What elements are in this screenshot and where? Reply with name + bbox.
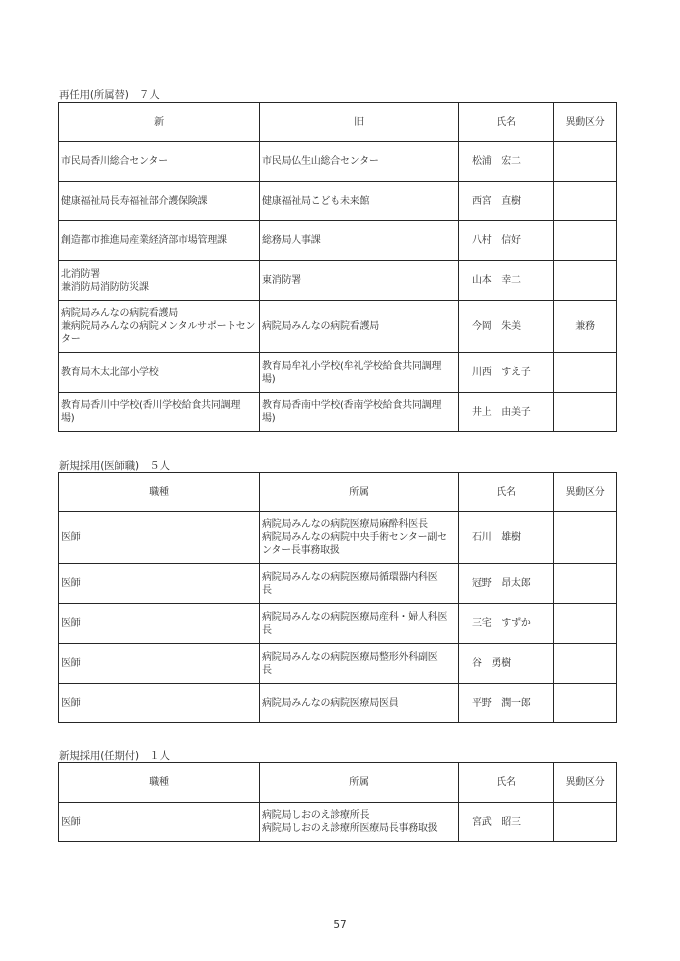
cell-transfer-type — [554, 564, 617, 604]
cell-transfer-type — [554, 644, 617, 684]
cell-job-type: 医師 — [59, 644, 260, 684]
table-row: 医師 病院局みんなの病院医療局産科・婦人科医 長 三宅 すずか — [59, 604, 617, 644]
cell-new: 教育局香川中学校(香川学校給食共同調理 場) — [59, 393, 260, 432]
table-row: 健康福祉局長寿福祉部介護保険課 健康福祉局こども未来館 西宮 直樹 — [59, 182, 617, 221]
cell-name: 宮武 昭三 — [459, 803, 554, 842]
table-row: 創造都市推進局産業経済部市場管理課 総務局人事課 八村 信好 — [59, 221, 617, 261]
table-row: 教育局香川中学校(香川学校給食共同調理 場) 教育局香南中学校(香南学校給食共同… — [59, 393, 617, 432]
table-header-row: 新 旧 氏名 異動区分 — [59, 103, 617, 142]
header-affiliation: 所属 — [260, 763, 459, 803]
new-hire-doctors-table: 職種 所属 氏名 異動区分 医師 病院局みんなの病院医療局麻酔科医長 病院局みん… — [58, 472, 617, 723]
header-affiliation: 所属 — [260, 473, 459, 512]
cell-job-type: 医師 — [59, 803, 260, 842]
cell-transfer-type: 兼務 — [554, 301, 617, 353]
cell-job-type: 医師 — [59, 564, 260, 604]
cell-affiliation: 病院局みんなの病院医療局循環器内科医 長 — [260, 564, 459, 604]
cell-affiliation: 病院局しおのえ診療所長 病院局しおのえ診療所医療局長事務取扱 — [260, 803, 459, 842]
cell-job-type: 医師 — [59, 684, 260, 723]
cell-transfer-type — [554, 803, 617, 842]
table-row: 病院局みんなの病院看護局 兼病院局みんなの病院メンタルサポートセン ター 病院局… — [59, 301, 617, 353]
table-row: 北消防署 兼消防局消防防災課 東消防署 山本 幸二 — [59, 261, 617, 301]
cell-name: 川西 すえ子 — [459, 353, 554, 393]
cell-old: 教育局牟礼小学校(牟礼学校給食共同調理 場) — [260, 353, 459, 393]
cell-name: 松浦 宏二 — [459, 142, 554, 182]
header-name: 氏名 — [459, 763, 554, 803]
cell-name: 西宮 直樹 — [459, 182, 554, 221]
table-row: 医師 病院局しおのえ診療所長 病院局しおのえ診療所医療局長事務取扱 宮武 昭三 — [59, 803, 617, 842]
cell-old: 総務局人事課 — [260, 221, 459, 261]
table-row: 医師 病院局みんなの病院医療局整形外科副医 長 谷 勇樹 — [59, 644, 617, 684]
header-job-type: 職種 — [59, 763, 260, 803]
cell-name: 八村 信好 — [459, 221, 554, 261]
cell-name: 石川 雄樹 — [459, 512, 554, 564]
table-row: 教育局木太北部小学校 教育局牟礼小学校(牟礼学校給食共同調理 場) 川西 すえ子 — [59, 353, 617, 393]
section-title-reappointment: 再任用(所属替) ７人 — [59, 89, 160, 102]
cell-affiliation: 病院局みんなの病院医療局麻酔科医長 病院局みんなの病院中央手術センター副セ ンタ… — [260, 512, 459, 564]
table-row: 医師 病院局みんなの病院医療局医員 平野 潤一郎 — [59, 684, 617, 723]
table-header-row: 職種 所属 氏名 異動区分 — [59, 473, 617, 512]
cell-name: 冠野 昂太郎 — [459, 564, 554, 604]
header-old: 旧 — [260, 103, 459, 142]
cell-transfer-type — [554, 604, 617, 644]
reappointment-table: 新 旧 氏名 異動区分 市民局香川総合センター 市民局仏生山総合センター 松浦 … — [58, 102, 617, 432]
cell-transfer-type — [554, 261, 617, 301]
cell-transfer-type — [554, 512, 617, 564]
cell-old: 教育局香南中学校(香南学校給食共同調理 場) — [260, 393, 459, 432]
cell-new: 市民局香川総合センター — [59, 142, 260, 182]
cell-name: 井上 由美子 — [459, 393, 554, 432]
header-job-type: 職種 — [59, 473, 260, 512]
cell-transfer-type — [554, 142, 617, 182]
cell-old: 健康福祉局こども未来館 — [260, 182, 459, 221]
new-hire-fixed-term-table: 職種 所属 氏名 異動区分 医師 病院局しおのえ診療所長 病院局しおのえ診療所医… — [58, 762, 617, 842]
cell-transfer-type — [554, 393, 617, 432]
cell-name: 谷 勇樹 — [459, 644, 554, 684]
header-transfer-type: 異動区分 — [554, 103, 617, 142]
cell-new: 北消防署 兼消防局消防防災課 — [59, 261, 260, 301]
page-number: 57 — [0, 919, 680, 931]
cell-job-type: 医師 — [59, 512, 260, 564]
cell-new: 創造都市推進局産業経済部市場管理課 — [59, 221, 260, 261]
cell-old: 市民局仏生山総合センター — [260, 142, 459, 182]
header-name: 氏名 — [459, 473, 554, 512]
header-new: 新 — [59, 103, 260, 142]
header-transfer-type: 異動区分 — [554, 473, 617, 512]
header-transfer-type: 異動区分 — [554, 763, 617, 803]
table-row: 医師 病院局みんなの病院医療局麻酔科医長 病院局みんなの病院中央手術センター副セ… — [59, 512, 617, 564]
cell-affiliation: 病院局みんなの病院医療局医員 — [260, 684, 459, 723]
table-row: 市民局香川総合センター 市民局仏生山総合センター 松浦 宏二 — [59, 142, 617, 182]
cell-affiliation: 病院局みんなの病院医療局産科・婦人科医 長 — [260, 604, 459, 644]
cell-name: 山本 幸二 — [459, 261, 554, 301]
table-row: 医師 病院局みんなの病院医療局循環器内科医 長 冠野 昂太郎 — [59, 564, 617, 604]
cell-affiliation: 病院局みんなの病院医療局整形外科副医 長 — [260, 644, 459, 684]
cell-name: 平野 潤一郎 — [459, 684, 554, 723]
cell-name: 今岡 朱美 — [459, 301, 554, 353]
cell-old: 東消防署 — [260, 261, 459, 301]
cell-name: 三宅 すずか — [459, 604, 554, 644]
cell-new: 教育局木太北部小学校 — [59, 353, 260, 393]
cell-new: 健康福祉局長寿福祉部介護保険課 — [59, 182, 260, 221]
cell-transfer-type — [554, 182, 617, 221]
cell-transfer-type — [554, 221, 617, 261]
header-name: 氏名 — [459, 103, 554, 142]
cell-new: 病院局みんなの病院看護局 兼病院局みんなの病院メンタルサポートセン ター — [59, 301, 260, 353]
cell-transfer-type — [554, 353, 617, 393]
cell-old: 病院局みんなの病院看護局 — [260, 301, 459, 353]
cell-transfer-type — [554, 684, 617, 723]
cell-job-type: 医師 — [59, 604, 260, 644]
table-header-row: 職種 所属 氏名 異動区分 — [59, 763, 617, 803]
